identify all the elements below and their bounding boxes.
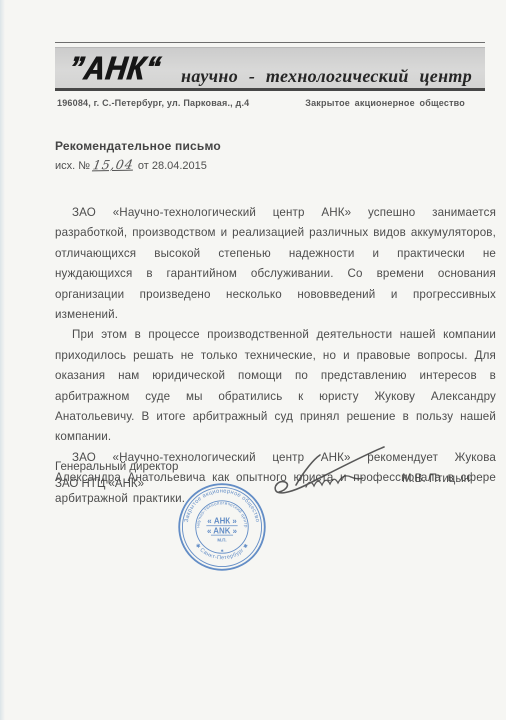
paragraph-1: ЗАО «Научно-технологический центр АНК» у… [55,203,496,325]
header-logo-band: ”АНК“ научно - технологический центр [55,47,485,89]
company-address: 196084, г. С.-Петербург, ул. Парковая., … [57,98,249,108]
company-subtitle: научно - технологический центр [181,67,472,85]
ref-label: исх. № [55,160,90,172]
header-bottom-rule [55,88,485,91]
stamp-bottom-separator: ✱ [220,549,223,553]
header-top-rule [55,42,485,43]
signer-name: М.В. Птицын [402,473,470,485]
stamp-center-en: « ANK » [207,526,238,535]
paragraph-2: При этом в процессе производственной дея… [55,325,496,447]
company-org-type: Закрытое акционерное общество [305,98,465,108]
letter-title: Рекомендательное письмо [55,139,221,153]
stamp-center-mp: М.П. [217,537,226,542]
ref-date: от 28.04.2015 [138,160,207,172]
ref-number-handwritten: 15,04 [92,157,135,173]
header-address-row: 196084, г. С.-Петербург, ул. Парковая., … [55,98,485,110]
handwritten-signature-icon [266,441,406,499]
company-logo: ”АНК“ [67,52,164,85]
scanned-letter-page: ”АНК“ научно - технологический центр 196… [0,0,506,720]
letter-reference-line: исх. №15,04от 28.04.2015 [55,157,207,172]
signer-position-line2: ЗАО НТЦ «АНК» [55,478,144,490]
signer-position-line1: Генеральный директор [55,461,178,473]
company-seal-stamp-icon: Закрытое акционерное общество ✱ Санкт-Пе… [176,481,268,573]
stamp-center-ru: « АНК » [207,516,237,525]
